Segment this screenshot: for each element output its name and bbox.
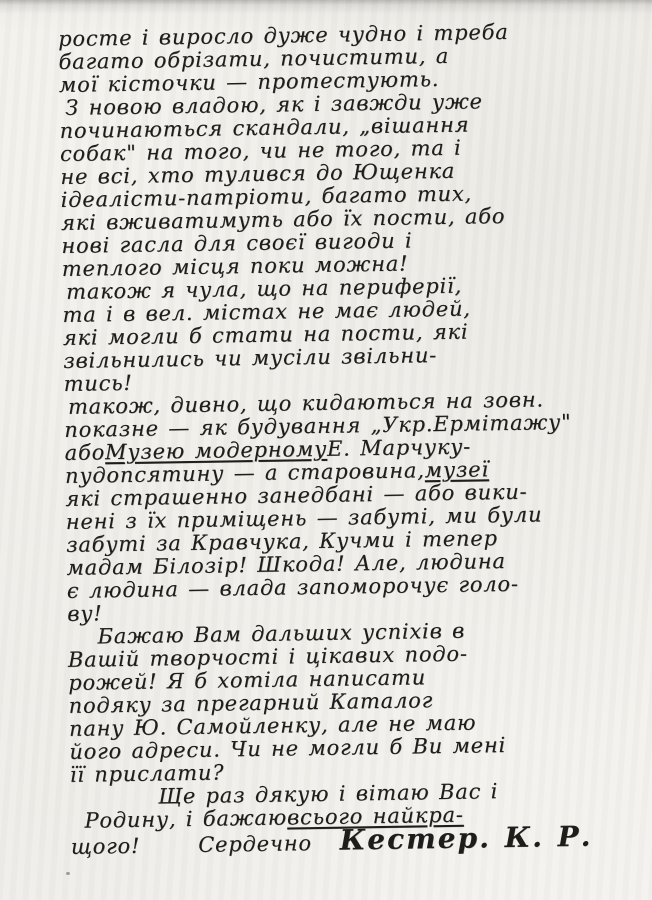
- letter-text: Сердечно: [198, 832, 312, 857]
- letter-text: тись!: [63, 372, 132, 396]
- letter-text: музеї: [425, 458, 490, 482]
- letter-page: росте і виросло дуже чудно і требабагато…: [0, 0, 652, 900]
- letter-text: щого!: [71, 835, 141, 859]
- signature: Кестер. К. Р.: [340, 825, 593, 852]
- letter-text: Родину, і бажаю: [84, 807, 287, 833]
- letter-body: росте і виросло дуже чудно і требабагато…: [58, 19, 651, 859]
- letter-text: ву!: [67, 602, 103, 626]
- paper-speck: [66, 872, 70, 875]
- letter-text: або: [65, 441, 106, 465]
